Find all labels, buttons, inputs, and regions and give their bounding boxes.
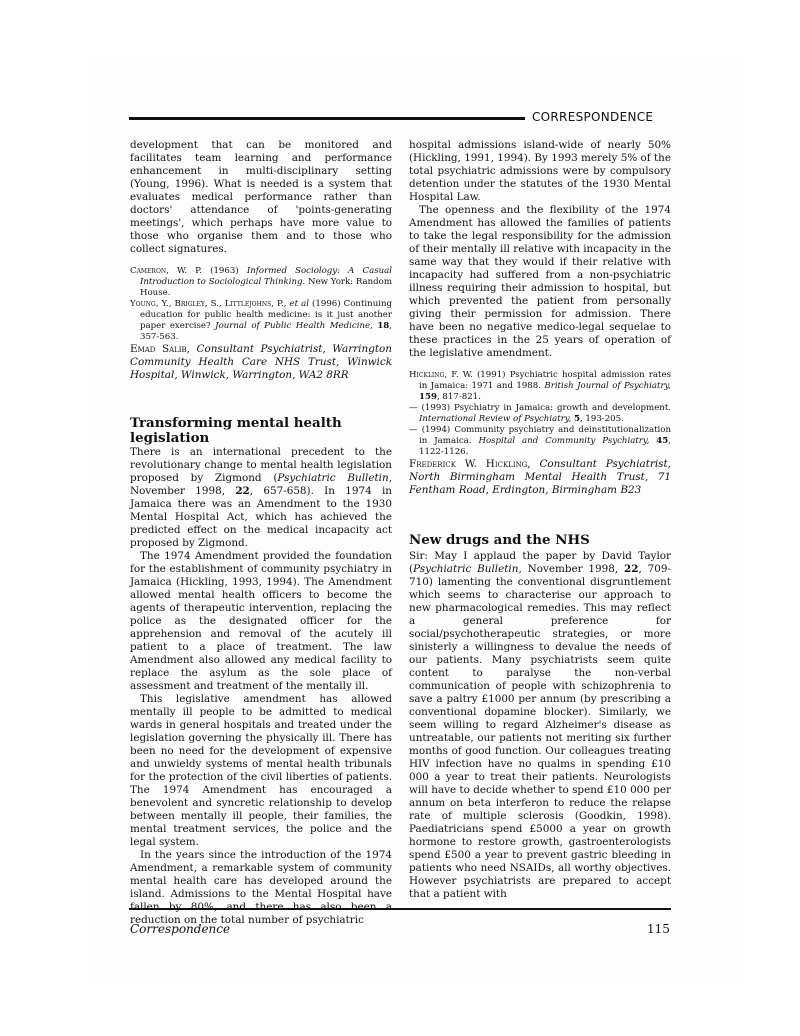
running-head: CORRESPONDENCE	[532, 110, 653, 124]
continuation-paragraph: The openness and the flexibility of the …	[409, 204, 671, 360]
article-paragraph: The 1974 Amendment provided the foundati…	[130, 550, 392, 693]
article-title: New drugs and the NHS	[409, 533, 671, 548]
article-paragraph: In the years since the introduction of t…	[130, 849, 392, 927]
footer-rule	[129, 908, 671, 910]
footer-section-name: Correspondence	[130, 922, 230, 936]
reference-item: Young, Y., Brigley, S., Littlejohns, P.,…	[130, 299, 392, 343]
article-paragraph: This legislative amendment has allowed m…	[130, 693, 392, 849]
article-title: Transforming mental health legislation	[130, 416, 392, 446]
reference-item: — (1994) Community psychiatry and deinst…	[409, 425, 671, 458]
continuation-paragraph: development that can be monitored and fa…	[130, 139, 392, 256]
author-signature: Emad Salib, Consultant Psychiatrist, War…	[130, 343, 392, 382]
reference-item: Hickling, F. W. (1991) Psychiatric hospi…	[409, 370, 671, 403]
continuation-paragraph: hospital admissions island-wide of nearl…	[409, 139, 671, 204]
reference-list: Cameron, W. P. (1963) Informed Sociology…	[130, 266, 392, 343]
article-paragraph: Sir: May I applaud the paper by David Ta…	[409, 550, 671, 901]
reference-item: Cameron, W. P. (1963) Informed Sociology…	[130, 266, 392, 299]
page-number: 115	[647, 922, 670, 936]
author-signature: Frederick W. Hickling, Consultant Psychi…	[409, 458, 671, 497]
left-column: development that can be monitored and fa…	[130, 139, 392, 927]
reference-list: Hickling, F. W. (1991) Psychiatric hospi…	[409, 370, 671, 458]
article-paragraph: There is an international precedent to t…	[130, 446, 392, 550]
reference-item: — (1993) Psychiatry in Jamaica: growth a…	[409, 403, 671, 425]
header-rule	[129, 117, 525, 120]
right-column: hospital admissions island-wide of nearl…	[409, 139, 671, 901]
